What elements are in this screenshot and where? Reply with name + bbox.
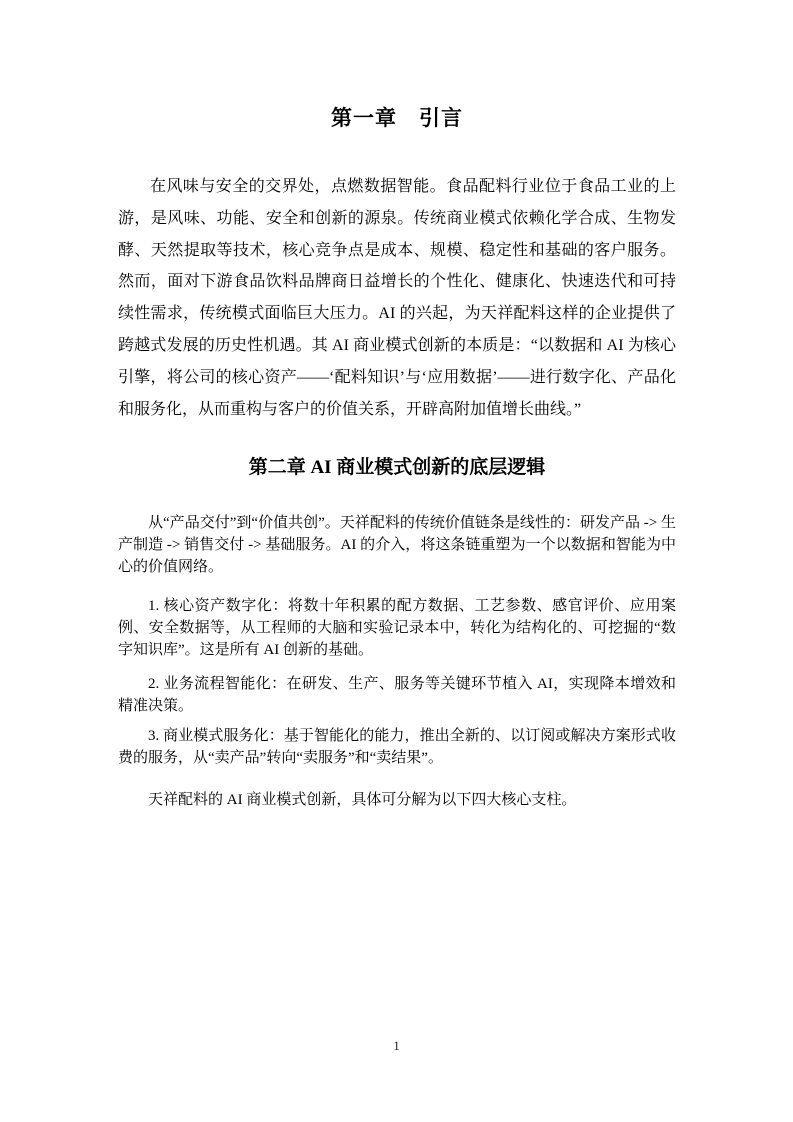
chapter2-paragraph-intro: 从“产品交付”到“价值共创”。天祥配料的传统价值链条是线性的：研发产品 -> 生… <box>118 512 676 578</box>
document-content: 第一章 引言 在风味与安全的交界处，点燃数据智能。食品配料行业位于食品工业的上游… <box>0 105 793 811</box>
chapter2-paragraph-closing: 天祥配料的 AI 商业模式创新，具体可分解为以下四大核心支柱。 <box>118 789 676 811</box>
chapter2-title: 第二章 AI 商业模式创新的底层逻辑 <box>118 455 676 480</box>
chapter1-title: 第一章 引言 <box>118 105 676 131</box>
chapter2-paragraph-item2: 2. 业务流程智能化：在研发、生产、服务等关键环节植入 AI，实现降本增效和精准… <box>118 673 676 717</box>
chapter2-paragraph-item3: 3. 商业模式服务化：基于智能化的能力，推出全新的、以订阅或解决方案形式收费的服… <box>118 725 676 769</box>
document-page: 第一章 引言 在风味与安全的交界处，点燃数据智能。食品配料行业位于食品工业的上游… <box>0 0 793 1122</box>
page-number: 1 <box>0 1038 793 1054</box>
chapter2-paragraph-item1: 1. 核心资产数字化：将数十年积累的配方数据、工艺参数、感官评价、应用案例、安全… <box>118 595 676 661</box>
chapter1-paragraph: 在风味与安全的交界处，点燃数据智能。食品配料行业位于食品工业的上游，是风味、功能… <box>118 171 676 425</box>
